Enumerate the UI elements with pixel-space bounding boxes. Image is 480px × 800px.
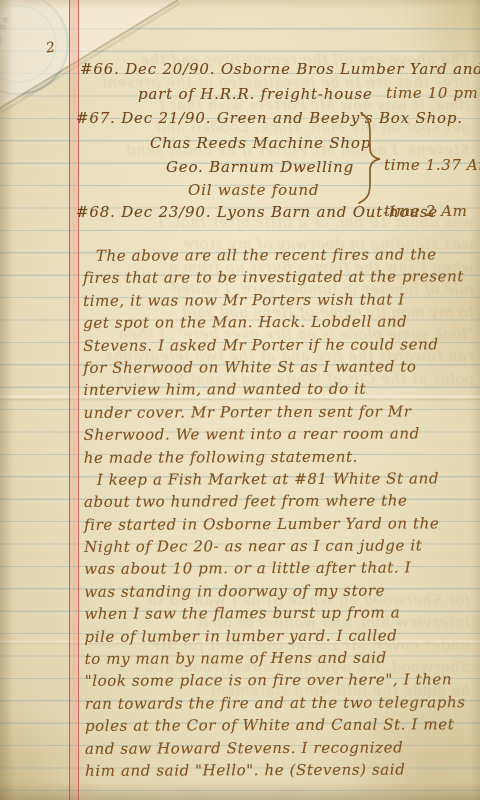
entry-66-line1: #66. Dec 20/90. Osborne Bros Lumber Yard…	[80, 60, 480, 78]
handwriting-line: under cover. Mr Porter then sent for Mr	[84, 400, 480, 424]
handwriting-line: was about 10 pm. or a little after that.…	[84, 557, 480, 581]
handwriting-line: interview him, and wanted to do it	[83, 377, 479, 401]
handwriting-line: to my man by name of Hens and said	[85, 646, 480, 670]
handwriting-line: about two hundred feet from where the	[84, 489, 480, 513]
entry-67-note: Oil waste found	[188, 181, 319, 199]
entry-66-line2: part of H.R.R. freight-house	[138, 85, 373, 103]
page-number: 2	[45, 39, 57, 56]
entry-67-line2: Chas Reeds Machine Shop	[150, 134, 371, 152]
handwriting-line: The above are all the recent fires and t…	[83, 243, 479, 267]
grouping-brace-icon	[358, 112, 384, 204]
handwriting-line: was standing in doorway of my store	[84, 579, 480, 603]
entry-67-time: time 1.37 Am	[384, 156, 480, 174]
handwriting-line: and saw Howard Stevens. I recognized	[85, 736, 480, 760]
handwriting-line: time, it was now Mr Porters wish that I	[83, 288, 479, 312]
handwriting-line: ran towards the fire and at the two tele…	[85, 691, 480, 715]
entry-67-line1: #67. Dec 21/90. Green and Beeby's Box Sh…	[76, 109, 463, 127]
handwriting-line: "look some place is on fire over here", …	[85, 669, 480, 693]
handwriting-line: poles at the Cor of White and Canal St. …	[85, 713, 480, 737]
handwriting-line: I keep a Fish Market at #81 White St and	[84, 467, 480, 491]
entry-68-time: time 2 Am	[384, 202, 467, 220]
handwriting-line: fire started in Osborne Lumber Yard on t…	[84, 512, 480, 536]
handwriting-line: Sherwood. We went into a rear room and	[84, 422, 480, 446]
statement-body: The above are all the recent fires and t…	[83, 243, 480, 782]
handwriting-line: when I saw the flames burst up from a	[84, 601, 480, 625]
handwriting-line: he made the following statement.	[84, 445, 480, 469]
handwriting-line: fires that are to be investigated at the…	[83, 266, 479, 290]
handwriting-line: pile of lumber in lumber yard. I called	[84, 624, 480, 648]
entry-67-line3: Geo. Barnum Dwelling	[166, 158, 354, 176]
handwriting-line: get spot on the Man. Hack. Lobdell and	[83, 310, 479, 334]
handwriting-line: for Sherwood on White St as I wanted to	[83, 355, 479, 379]
ledger-page: The above are all the recent fires and t…	[0, 0, 480, 800]
entry-66-time: time 10 pm	[386, 84, 478, 102]
handwriting-line: Night of Dec 20- as near as I can judge …	[84, 534, 480, 558]
handwriting-line: Stevens. I asked Mr Porter if he could s…	[83, 333, 479, 357]
handwriting-line: him and said "Hello". he (Stevens) said	[85, 758, 480, 782]
